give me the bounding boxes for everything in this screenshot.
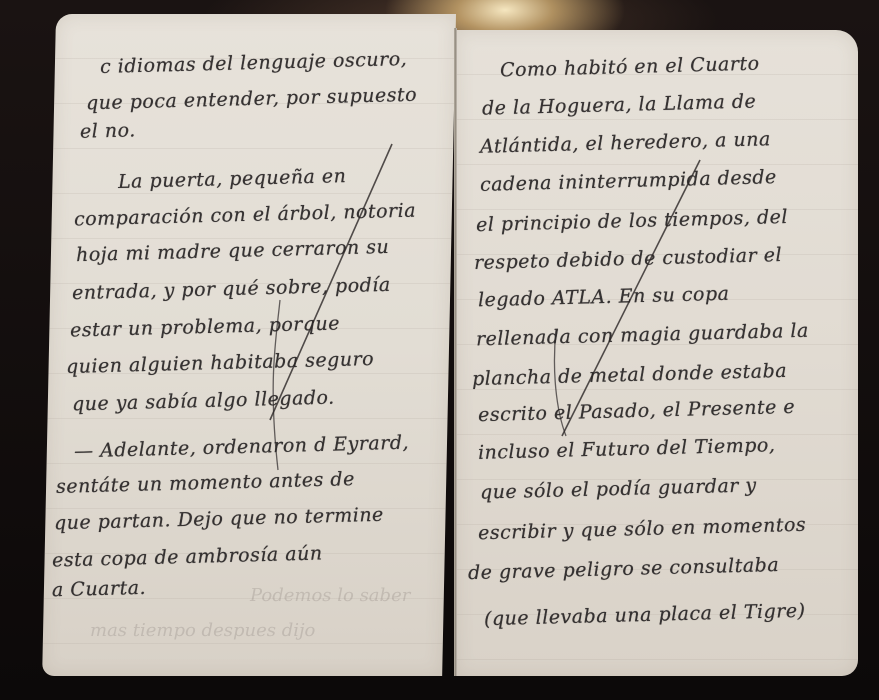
left-diagonal-stroke	[270, 144, 392, 420]
pen-strokes	[0, 0, 879, 700]
right-vertical-stroke	[554, 330, 566, 436]
open-notebook: c idiomas del lenguaje oscuro, que poca …	[0, 0, 879, 700]
right-diagonal-stroke	[562, 160, 700, 436]
left-vertical-stroke	[273, 300, 280, 470]
